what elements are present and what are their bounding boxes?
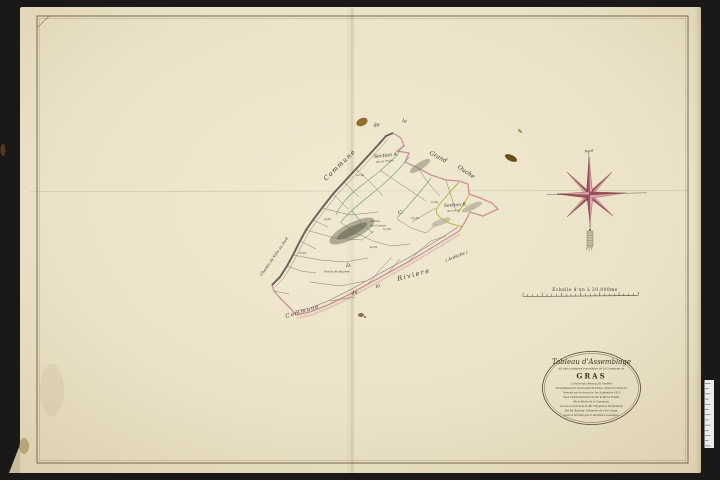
scanned-cadastral-map: Section A. dite de l'Eglise Section B. d…	[0, 0, 720, 480]
sheet-note: 1re flle	[383, 228, 392, 231]
cartouche-title: Tableau d'Assemblage	[552, 358, 631, 366]
cartouche-line6: et sous la direction de Mr l'Ingénieur V…	[560, 405, 624, 408]
cartouche-line8: Levé et terminé par le Géomètre soussign…	[563, 414, 620, 417]
sheet-note: 4e flle	[370, 246, 378, 249]
scale-caption: Echelle d'un à 20.000me	[552, 288, 617, 293]
cartouche-line4: Sous l'Administration de Mr le Baron Pré…	[563, 396, 620, 399]
cartouche-line3: Terminé sur le terrain le 1er Septembre …	[563, 392, 621, 395]
boundary-label-arc2: la	[402, 118, 407, 125]
section-d-sub: Section des Bruyères	[324, 271, 351, 274]
cartouche-line2: Arrondissement Communal de Privas, Dépt …	[555, 387, 628, 390]
sheet-note: 2e flle	[323, 218, 332, 221]
commune-name: GRAS	[576, 372, 606, 381]
sheet-note: 1re flle	[411, 217, 420, 220]
section-c-sub1: Section	[370, 219, 380, 223]
section-d-label: D.	[345, 263, 352, 269]
scanner-ruler	[705, 380, 715, 448]
cartouche-line7: Par Mr Richard, Géomètre de 1ère classe,	[564, 410, 619, 413]
cartouche-subtitle: du plan cadastral parcellaire de la Comm…	[559, 367, 625, 371]
cartouche-line1: Canton du Bourg St Andéol	[571, 382, 613, 386]
boundary-label-arc1: de	[373, 122, 380, 129]
sheet-note: 1re flle	[356, 174, 365, 177]
sheet-note: 3e flle	[299, 252, 307, 255]
map-canvas: Section A. dite de l'Eglise Section B. d…	[0, 0, 720, 480]
cartouche-line5: Mr le Maire de la Commune,	[572, 401, 610, 404]
sheet-note: 2e flle	[430, 201, 439, 204]
edge-stain	[1, 144, 6, 156]
section-c-sub2: des Combes	[370, 224, 387, 228]
section-c-label: C.	[398, 210, 404, 216]
